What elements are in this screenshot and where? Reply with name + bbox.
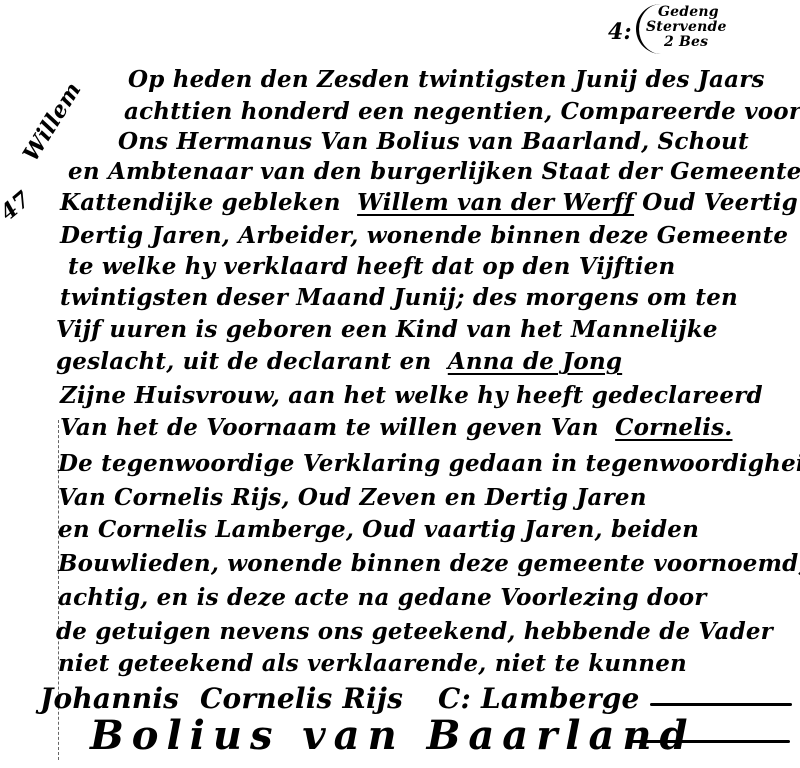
record-line-4: en Ambtenaar van den burgerlijken Staat … [68,158,800,185]
record-line-5: Kattendijke gebleken Willem van der Werf… [60,189,800,216]
signature-cornelis-rijs: Cornelis Rijs [200,682,403,715]
corner-note-number: 4: [608,26,632,39]
child-name: Cornelis. [615,414,732,441]
record-line-5-rest: Oud Veertig en [634,189,800,216]
record-line-10-text: geslacht, uit de declarant en [56,348,448,375]
record-line-1: Op heden den Zesden twintigsten Junij de… [128,66,778,93]
margin-note-name: Willem [18,78,87,166]
corner-note-line-3: 2 Bes [664,36,708,49]
margin-note-number: 47 [0,186,36,226]
record-line-15: en Cornelis Lamberge, Oud vaartig Jaren,… [58,516,699,543]
document-page: 4: Gedeng Stervende 2 Bes Willem 47 Op h… [0,0,800,768]
record-line-14: Van Cornelis Rijs, Oud Zeven en Dertig J… [58,484,647,511]
signature-schout: Bolius van Baarland [90,712,695,759]
record-line-5-text: Kattendijke gebleken [60,189,357,216]
signature-johannis: Johannis [40,682,179,715]
signature-rule-1 [650,703,792,706]
record-line-19: niet geteekend als verklaarende, niet te… [58,650,687,677]
record-line-11: Zijne Huisvrouw, aan het welke hy heeft … [60,382,763,409]
mother-name: Anna de Jong [448,348,622,375]
signature-rule-2 [630,740,790,743]
corner-note-line-2: Stervende [646,21,727,34]
father-name: Willem van der Werff [357,189,634,216]
record-line-10: geslacht, uit de declarant en Anna de Jo… [56,348,622,375]
record-line-18: de getuigen nevens ons geteekend, hebben… [56,618,773,645]
record-line-12: Van het de Voornaam te willen geven Van … [60,414,733,441]
record-line-9: Vijf uuren is geboren een Kind van het M… [56,316,718,343]
record-line-8: twintigsten deser Maand Junij; des morge… [60,284,738,311]
record-line-3: Ons Hermanus Van Bolius van Baarland, Sc… [118,128,749,155]
signature-lamberge: C: Lamberge [438,682,640,715]
record-line-13: De tegenwoordige Verklaring gedaan in te… [58,450,800,477]
corner-note-line-1: Gedeng [658,6,719,19]
record-line-16: Bouwlieden, wonende binnen deze gemeente… [58,550,800,577]
record-line-6: Dertig Jaren, Arbeider, wonende binnen d… [60,222,788,249]
record-line-2: achttien honderd een negentien, Comparee… [124,98,800,125]
record-line-12-text: Van het de Voornaam te willen geven Van [60,414,615,441]
record-line-7: te welke hy verklaard heeft dat op den V… [68,253,675,280]
corner-note: Gedeng Stervende 2 Bes [636,4,786,54]
record-line-17: achtig, en is deze acte na gedane Voorle… [58,584,707,611]
